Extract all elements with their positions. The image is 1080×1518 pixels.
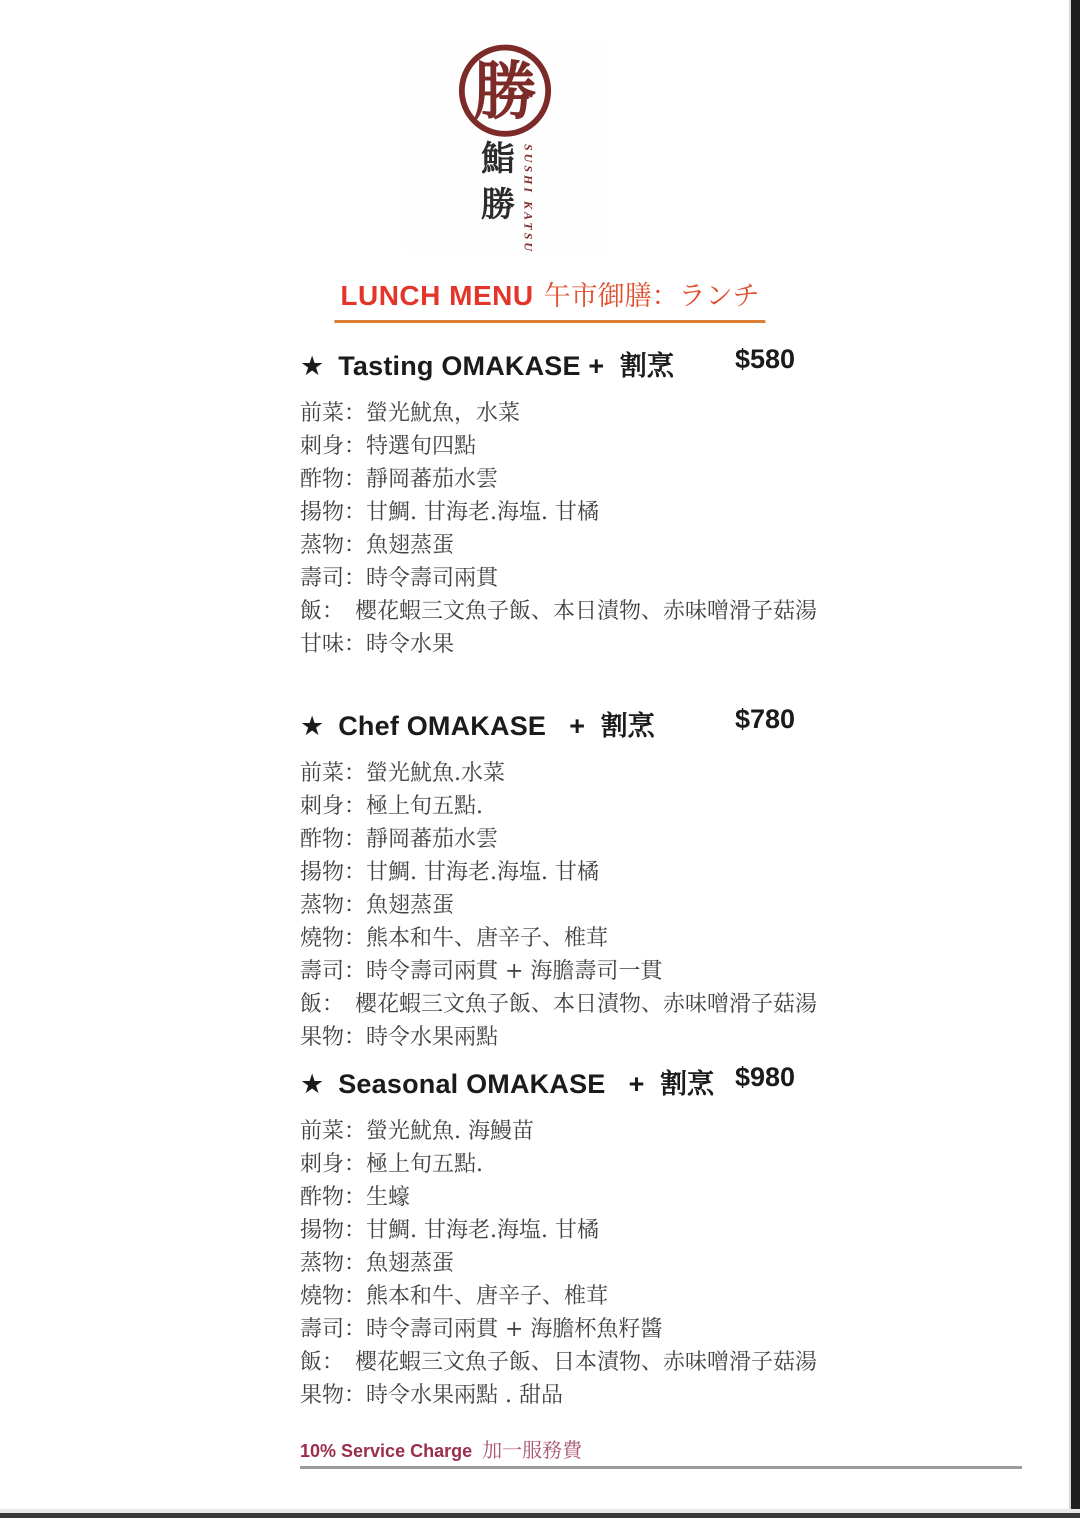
section-header: ★ Tasting OMAKASE + 割烹 $580 bbox=[300, 344, 840, 384]
section-title: Seasonal OMAKASE + 割烹 bbox=[338, 1062, 714, 1101]
section-price: $780 bbox=[735, 704, 795, 735]
menu-line: 飯： 櫻花蝦三文魚子飯、日本漬物、赤味噌滑子菇湯 bbox=[300, 1346, 840, 1379]
menu-line: 前菜：螢光魷魚，水菜 bbox=[300, 397, 840, 430]
service-charge-note: 10% Service Charge加一服務費 bbox=[300, 1434, 582, 1463]
menu-line: 果物：時令水果兩點 bbox=[300, 1021, 840, 1054]
menu-line: 刺身：特選旬四點 bbox=[300, 430, 840, 463]
menu-line: 壽司：時令壽司兩貫 bbox=[300, 562, 840, 595]
menu-line: 酢物：靜岡蕃茄水雲 bbox=[300, 463, 840, 496]
menu-line: 揚物：甘鯛. 甘海老.海塩. 甘橘 bbox=[300, 856, 840, 889]
menu-line: 蒸物：魚翅蒸蛋 bbox=[300, 889, 840, 922]
menu-line: 壽司：時令壽司兩貫 + 海膽杯魚籽醬 bbox=[300, 1313, 840, 1346]
menu-line: 揚物：甘鯛. 甘海老.海塩. 甘橘 bbox=[300, 1214, 840, 1247]
menu-line: 刺身：極上旬五點. bbox=[300, 790, 840, 823]
brand-name-latin: SUSHI KATSU bbox=[521, 144, 536, 254]
section-header: ★ Seasonal OMAKASE + 割烹 $980 bbox=[300, 1062, 840, 1102]
brand-name-cjk: 鮨勝 bbox=[475, 140, 515, 232]
section-header: ★ Chef OMAKASE + 割烹 $780 bbox=[300, 704, 840, 744]
page-title-en: LUNCH MENU bbox=[340, 280, 533, 311]
section-items: 前菜：螢光魷魚. 海鰻苗 刺身：極上旬五點. 酢物：生蠔 揚物：甘鯛. 甘海老.… bbox=[300, 1115, 840, 1412]
menu-line: 蒸物：魚翅蒸蛋 bbox=[300, 529, 840, 562]
menu-line: 揚物：甘鯛. 甘海老.海塩. 甘橘 bbox=[300, 496, 840, 529]
screenshot-bottom-dark-strip bbox=[0, 1513, 1080, 1518]
menu-line: 酢物：靜岡蕃茄水雲 bbox=[300, 823, 840, 856]
section-price: $980 bbox=[735, 1062, 795, 1093]
menu-line: 蒸物：魚翅蒸蛋 bbox=[300, 1247, 840, 1280]
menu-line: 前菜：螢光魷魚. 海鰻苗 bbox=[300, 1115, 840, 1148]
logo-wordmark: 鮨勝 SUSHI KATSU bbox=[475, 140, 536, 254]
sushi-katsu-seal-icon: 勝 bbox=[405, 40, 605, 138]
menu-line: 燒物：熊本和牛、唐辛子、椎茸 bbox=[300, 1280, 840, 1313]
menu-line: 果物：時令水果兩點 . 甜品 bbox=[300, 1379, 840, 1412]
service-charge-en: 10% Service Charge bbox=[300, 1441, 472, 1461]
logo-character: 勝 bbox=[473, 54, 536, 128]
menu-line: 甘味：時令水果 bbox=[300, 628, 840, 661]
page-title: LUNCH MENU午市御膳：ランチ bbox=[334, 274, 765, 323]
section-tasting-omakase: ★ Tasting OMAKASE + 割烹 $580 前菜：螢光魷魚，水菜 刺… bbox=[300, 344, 840, 661]
footer-divider bbox=[300, 1466, 1022, 1469]
section-chef-omakase: ★ Chef OMAKASE + 割烹 $780 前菜：螢光魷魚.水菜 刺身：極… bbox=[300, 704, 840, 1054]
screenshot-right-edge-bar bbox=[1069, 0, 1080, 1513]
menu-line: 壽司：時令壽司兩貫 + 海膽壽司一貫 bbox=[300, 955, 840, 988]
menu-line: 酢物：生蠔 bbox=[300, 1181, 840, 1214]
section-items: 前菜：螢光魷魚.水菜 刺身：極上旬五點. 酢物：靜岡蕃茄水雲 揚物：甘鯛. 甘海… bbox=[300, 757, 840, 1054]
star-icon: ★ bbox=[300, 711, 324, 742]
section-title: Tasting OMAKASE + 割烹 bbox=[338, 344, 674, 383]
menu-line: 燒物：熊本和牛、唐辛子、椎茸 bbox=[300, 922, 840, 955]
menu-line: 刺身：極上旬五點. bbox=[300, 1148, 840, 1181]
service-charge-cjk: 加一服務費 bbox=[482, 1438, 582, 1462]
section-price: $580 bbox=[735, 344, 795, 375]
menu-line: 飯： 櫻花蝦三文魚子飯、本日漬物、赤味噌滑子菇湯 bbox=[300, 988, 840, 1021]
menu-page: 勝 鮨勝 SUSHI KATSU LUNCH MENU午市御膳：ランチ ★ Ta… bbox=[0, 0, 1080, 1518]
section-items: 前菜：螢光魷魚，水菜 刺身：特選旬四點 酢物：靜岡蕃茄水雲 揚物：甘鯛. 甘海老… bbox=[300, 397, 840, 661]
menu-line: 飯： 櫻花蝦三文魚子飯、本日漬物、赤味噌滑子菇湯 bbox=[300, 595, 840, 628]
section-title: Chef OMAKASE + 割烹 bbox=[338, 704, 655, 743]
page-title-cjk: 午市御膳：ランチ bbox=[544, 281, 760, 312]
star-icon: ★ bbox=[300, 1069, 324, 1100]
menu-line: 前菜：螢光魷魚.水菜 bbox=[300, 757, 840, 790]
section-seasonal-omakase: ★ Seasonal OMAKASE + 割烹 $980 前菜：螢光魷魚. 海鰻… bbox=[300, 1062, 840, 1412]
restaurant-logo: 勝 鮨勝 SUSHI KATSU bbox=[405, 40, 605, 254]
star-icon: ★ bbox=[300, 351, 324, 382]
